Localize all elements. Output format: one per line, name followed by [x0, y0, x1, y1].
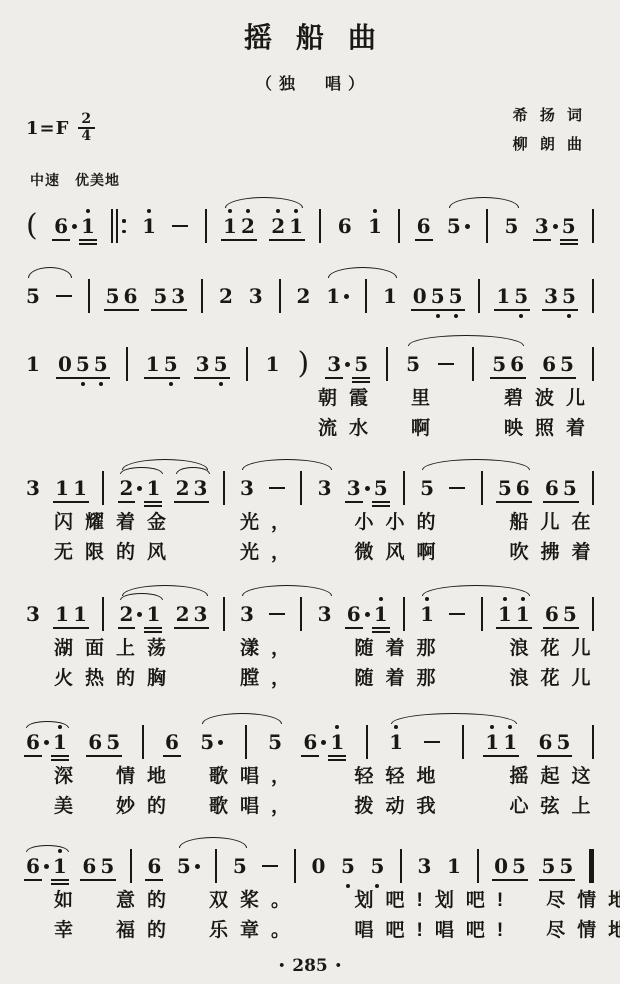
note: 6: [417, 213, 431, 239]
lyric-line: 湖面上荡 漾， 随着那 浪花儿: [26, 635, 594, 662]
note-group: 35: [544, 283, 576, 309]
duration-dot: [44, 740, 49, 745]
underline: [145, 879, 163, 881]
note-group: 23: [176, 601, 208, 627]
underline: [86, 755, 104, 757]
note: 5: [512, 853, 526, 879]
barline: [300, 597, 302, 631]
underline: [56, 377, 74, 379]
duration-dash: [262, 865, 278, 868]
note: 6: [539, 729, 553, 755]
octave-dot-above: [373, 209, 377, 213]
duration-dot: [195, 864, 200, 869]
underline: [496, 501, 514, 503]
underline: [512, 309, 530, 311]
underline: [558, 377, 576, 379]
duration-dot: [218, 740, 223, 745]
underline: [494, 309, 512, 311]
underline: [411, 309, 429, 311]
note: 5: [106, 283, 120, 309]
barline: [205, 209, 207, 243]
slur: [120, 593, 163, 600]
octave-dot-above: [147, 209, 151, 213]
note: 3: [535, 213, 549, 239]
barline: [486, 209, 488, 243]
octave-dot-above: [228, 209, 232, 213]
note-group: 65: [545, 475, 577, 501]
note: 3: [171, 283, 185, 309]
underline: [560, 243, 578, 245]
duration-dash: [449, 613, 465, 616]
note: 1: [389, 729, 403, 755]
note: 1: [53, 729, 67, 755]
note: 0: [58, 351, 72, 377]
underline: [539, 879, 557, 881]
lyric-line: 美 妙的 歌唱， 拨动我 心弦上: [26, 793, 594, 820]
underline: [429, 309, 447, 311]
note-group: 12: [223, 213, 255, 239]
barline: [592, 347, 594, 381]
note-group: 65: [542, 351, 574, 377]
underline: [542, 309, 560, 311]
note: 3: [26, 601, 40, 627]
note: 1: [55, 475, 69, 501]
octave-dot-below: [81, 382, 85, 386]
duration-dot: [365, 486, 370, 491]
note-group: 15: [146, 351, 178, 377]
note: 5: [164, 351, 178, 377]
note: 5: [153, 283, 167, 309]
underline: [560, 309, 578, 311]
note: 5: [556, 729, 570, 755]
note: 1: [53, 853, 67, 879]
octave-dot-below: [567, 314, 571, 318]
underline: [144, 505, 162, 507]
slur: [391, 713, 517, 724]
underline: [372, 631, 390, 633]
lyric-line: 朝霞 里 碧波儿: [26, 385, 594, 412]
underline: [352, 381, 370, 383]
barline: [215, 849, 217, 883]
duration-dot: [137, 486, 142, 491]
octave-dot-above: [379, 597, 383, 601]
note: 1: [503, 729, 517, 755]
underline: [447, 309, 465, 311]
lyric-line: 流水 啊 映照着: [26, 415, 594, 442]
note-group: 21: [271, 213, 303, 239]
note: 5: [563, 601, 577, 627]
octave-dot-below: [346, 884, 350, 888]
parenthesis: (: [26, 210, 38, 242]
notation-row: 55653232110551535: [26, 278, 594, 314]
note: 2: [120, 601, 134, 627]
time-signature: 2 4: [78, 112, 95, 145]
note: 5: [94, 351, 108, 377]
note: 1: [73, 601, 87, 627]
octave-dot-above: [294, 209, 298, 213]
barline: [300, 471, 302, 505]
note-group: 11: [55, 601, 87, 627]
note: 6: [542, 351, 556, 377]
barline: [592, 597, 594, 631]
underline: [501, 755, 519, 757]
music-line: (61112216165535: [26, 192, 594, 244]
underline: [269, 239, 287, 241]
duration-dot: [465, 224, 470, 229]
lyric-line: 如 意的 双桨。 划吧!划吧! 尽情地: [26, 887, 594, 914]
underline: [163, 755, 181, 757]
note: 2: [176, 475, 190, 501]
octave-dot-above: [425, 597, 429, 601]
underline: [372, 501, 390, 503]
underline: [415, 239, 433, 241]
note: 3: [194, 475, 208, 501]
note: 5: [76, 351, 90, 377]
notation-row: 6165655055310555: [26, 848, 594, 884]
notation-row: 105515351)3555665: [26, 346, 594, 382]
slur: [26, 721, 69, 728]
duration-dash: [438, 363, 454, 366]
underline: [144, 501, 162, 503]
note: 2: [120, 475, 134, 501]
barline: [386, 347, 388, 381]
underline: [53, 627, 71, 629]
music-line: 61656556111165深 情地 歌唱， 轻轻地 摇起这美 妙的 歌唱， 拨…: [26, 708, 594, 820]
barline: [478, 279, 480, 313]
octave-dot-above: [246, 209, 250, 213]
note-group: 055: [413, 283, 463, 309]
note: 5: [177, 853, 191, 879]
octave-dot-above: [335, 725, 339, 729]
underline: [104, 309, 122, 311]
note: 2: [241, 213, 255, 239]
note: 5: [406, 351, 420, 377]
octave-dot-above: [503, 597, 507, 601]
note: 3: [347, 475, 361, 501]
note-group: 21: [120, 475, 161, 501]
note-group: 56: [106, 283, 138, 309]
underline: [174, 501, 192, 503]
note: 2: [219, 283, 233, 309]
underline: [118, 501, 136, 503]
parenthesis: ): [298, 348, 310, 380]
underline: [533, 239, 551, 241]
note-group: 61: [347, 601, 388, 627]
underline: [192, 501, 210, 503]
underline: [212, 377, 230, 379]
note: 6: [545, 475, 559, 501]
notation-row: (61112216165535: [26, 208, 594, 244]
note: 1: [383, 283, 397, 309]
slur: [120, 467, 163, 474]
slur: [422, 585, 530, 596]
note: 1: [420, 601, 434, 627]
lyric-line: 深 情地 歌唱， 轻轻地 摇起这: [26, 763, 594, 790]
note: 6: [124, 283, 138, 309]
underline: [174, 627, 192, 629]
note: 6: [82, 853, 96, 879]
key-signature: 1=F 2 4: [26, 112, 95, 145]
note: 6: [303, 729, 317, 755]
underline: [483, 755, 501, 757]
note-group: 11: [498, 601, 530, 627]
note-group: 61: [54, 213, 95, 239]
note: 5: [214, 351, 228, 377]
note: 1: [326, 283, 340, 309]
note: 5: [498, 475, 512, 501]
underline: [221, 239, 239, 241]
slur: [242, 585, 332, 596]
underline: [508, 377, 526, 379]
underline: [192, 627, 210, 629]
note: 5: [200, 729, 214, 755]
note: 5: [354, 351, 368, 377]
note-group: 56: [498, 475, 530, 501]
duration-dot: [321, 740, 326, 745]
note: 6: [165, 729, 179, 755]
barline: [279, 279, 281, 313]
barline: [201, 279, 203, 313]
slur: [422, 459, 530, 470]
duration-dot: [345, 362, 350, 367]
note: 3: [318, 601, 332, 627]
barline: [592, 725, 594, 759]
key-label: 1=F: [26, 118, 69, 139]
note: 2: [176, 601, 190, 627]
note: 5: [106, 729, 120, 755]
duration-dot: [72, 224, 77, 229]
underline: [71, 501, 89, 503]
barline: [462, 725, 464, 759]
octave-dot-below: [375, 884, 379, 888]
underline: [514, 627, 532, 629]
underline: [80, 879, 98, 881]
octave-dot-above: [508, 725, 512, 729]
note: 1: [146, 351, 160, 377]
duration-dash: [172, 225, 188, 228]
octave-dot-below: [169, 382, 173, 386]
underline: [328, 759, 346, 761]
note: 5: [233, 853, 247, 879]
underline: [537, 755, 555, 757]
underline: [53, 501, 71, 503]
note: 5: [431, 283, 445, 309]
note-group: 15: [496, 283, 528, 309]
note: 6: [88, 729, 102, 755]
underline: [144, 627, 162, 629]
underline: [239, 239, 257, 241]
underline: [543, 627, 561, 629]
note-group: 65: [88, 729, 120, 755]
barline: [592, 279, 594, 313]
barline: [88, 279, 90, 313]
underline: [560, 239, 578, 241]
underline: [328, 755, 346, 757]
barline: [126, 347, 128, 381]
underline: [24, 879, 42, 881]
underline: [79, 243, 97, 245]
note-group: 61: [26, 853, 67, 879]
note: 1: [73, 475, 87, 501]
duration-dash: [269, 487, 285, 490]
underline: [372, 505, 390, 507]
note: 3: [240, 475, 254, 501]
lyric-line: 幸 福的 乐章。 唱吧!唱吧! 尽情地: [26, 917, 594, 944]
barline: [319, 209, 321, 243]
note: 6: [26, 729, 40, 755]
underline: [352, 377, 370, 379]
underline: [169, 309, 187, 311]
note-group: 61: [26, 729, 67, 755]
footer-ornament-right: •: [328, 959, 349, 972]
slur: [408, 335, 524, 346]
underline: [496, 627, 514, 629]
underline: [345, 501, 363, 503]
underline: [554, 755, 572, 757]
note-group: 65: [82, 853, 114, 879]
underline: [543, 501, 561, 503]
duration-dot: [553, 224, 558, 229]
note-group: 11: [485, 729, 517, 755]
note-group: 05: [494, 853, 526, 879]
note-group: 23: [176, 475, 208, 501]
barline: [223, 597, 225, 631]
note: 5: [420, 475, 434, 501]
barline: [403, 597, 405, 631]
slur: [176, 467, 210, 474]
slur: [179, 837, 247, 848]
note-group: 21: [120, 601, 161, 627]
note: 2: [296, 283, 310, 309]
barline: [472, 347, 474, 381]
underline: [74, 377, 92, 379]
underline: [71, 627, 89, 629]
note: 1: [368, 213, 382, 239]
underline: [194, 377, 212, 379]
underline: [557, 879, 575, 881]
slur: [242, 459, 332, 470]
note: 5: [268, 729, 282, 755]
note: 5: [560, 351, 574, 377]
note: 5: [562, 283, 576, 309]
note: 1: [496, 283, 510, 309]
underline: [301, 755, 319, 757]
duration-dash: [56, 295, 72, 298]
underline: [510, 879, 528, 881]
slur: [225, 197, 303, 208]
underline: [118, 627, 136, 629]
octave-dot-above: [276, 209, 280, 213]
underline: [372, 627, 390, 629]
note-group: 53: [153, 283, 185, 309]
barline: [398, 209, 400, 243]
slur: [26, 845, 69, 852]
underline: [98, 879, 116, 881]
note: 3: [194, 601, 208, 627]
music-line: 3112123333555665闪耀着金 光， 小小的 船儿在无限的风 光， 微…: [26, 454, 594, 566]
barline: [223, 471, 225, 505]
note: 5: [370, 853, 384, 879]
note-group: 65: [545, 601, 577, 627]
underline: [345, 627, 363, 629]
note: 1: [266, 351, 280, 377]
note: 5: [447, 213, 461, 239]
duration-dot: [137, 612, 142, 617]
music-line: 55653232110551535: [26, 262, 594, 314]
note: 1: [498, 601, 512, 627]
underline: [162, 377, 180, 379]
note: 1: [447, 853, 461, 879]
barline: [246, 347, 248, 381]
underline: [51, 759, 69, 761]
underline: [79, 239, 97, 241]
note: 6: [347, 601, 361, 627]
underline: [540, 377, 558, 379]
slur: [328, 267, 397, 278]
duration-dash: [449, 487, 465, 490]
underline: [92, 377, 110, 379]
note-group: 56: [492, 351, 524, 377]
final-barline: [589, 849, 594, 883]
barline: [403, 471, 405, 505]
note: 6: [26, 853, 40, 879]
note: 5: [559, 853, 573, 879]
octave-dot-below: [454, 314, 458, 318]
note: 1: [81, 213, 95, 239]
barline: [400, 849, 402, 883]
barline: [592, 209, 594, 243]
note: 5: [514, 283, 528, 309]
note-group: 55: [541, 853, 573, 879]
composer-credit: 柳 朗 曲: [513, 131, 586, 160]
note-group: 5: [447, 213, 470, 239]
note: 1: [485, 729, 499, 755]
note: 1: [374, 601, 388, 627]
note: 1: [142, 213, 156, 239]
barline: [102, 597, 104, 631]
note-group: 61: [303, 729, 344, 755]
underline: [51, 883, 69, 885]
lyric-line: 火热的胸 膛， 随着那 浪花儿: [26, 665, 594, 692]
note-group: 35: [347, 475, 388, 501]
song-subtitle: （独 唱）: [0, 71, 620, 94]
note: 1: [146, 601, 160, 627]
score: (611122161655355565323211055153510551535…: [0, 192, 620, 944]
note: 5: [100, 853, 114, 879]
note-group: 5: [200, 729, 223, 755]
note: 6: [545, 601, 559, 627]
note-group: 055: [58, 351, 108, 377]
underline: [144, 377, 162, 379]
note: 1: [289, 213, 303, 239]
barline: [102, 471, 104, 505]
note: 5: [374, 475, 388, 501]
note: 3: [240, 601, 254, 627]
barline: [477, 849, 479, 883]
note-group: 11: [55, 475, 87, 501]
note: 6: [338, 213, 352, 239]
lyricist-credit: 希 扬 词: [513, 102, 586, 131]
music-line: 105515351)3555665朝霞 里 碧波儿流水 啊 映照着: [26, 330, 594, 442]
barline: [245, 725, 247, 759]
sheet-music-page: 摇船曲 （独 唱） 1=F 2 4 希 扬 词 柳 朗 曲 中速 优美地 (61…: [0, 0, 620, 984]
music-line: 6165655055310555如 意的 双桨。 划吧!划吧! 尽情地幸 福的 …: [26, 832, 594, 944]
underline: [122, 309, 140, 311]
time-signature-denominator: 4: [78, 129, 95, 144]
note: 1: [223, 213, 237, 239]
note: 5: [541, 853, 555, 879]
underline: [52, 239, 70, 241]
